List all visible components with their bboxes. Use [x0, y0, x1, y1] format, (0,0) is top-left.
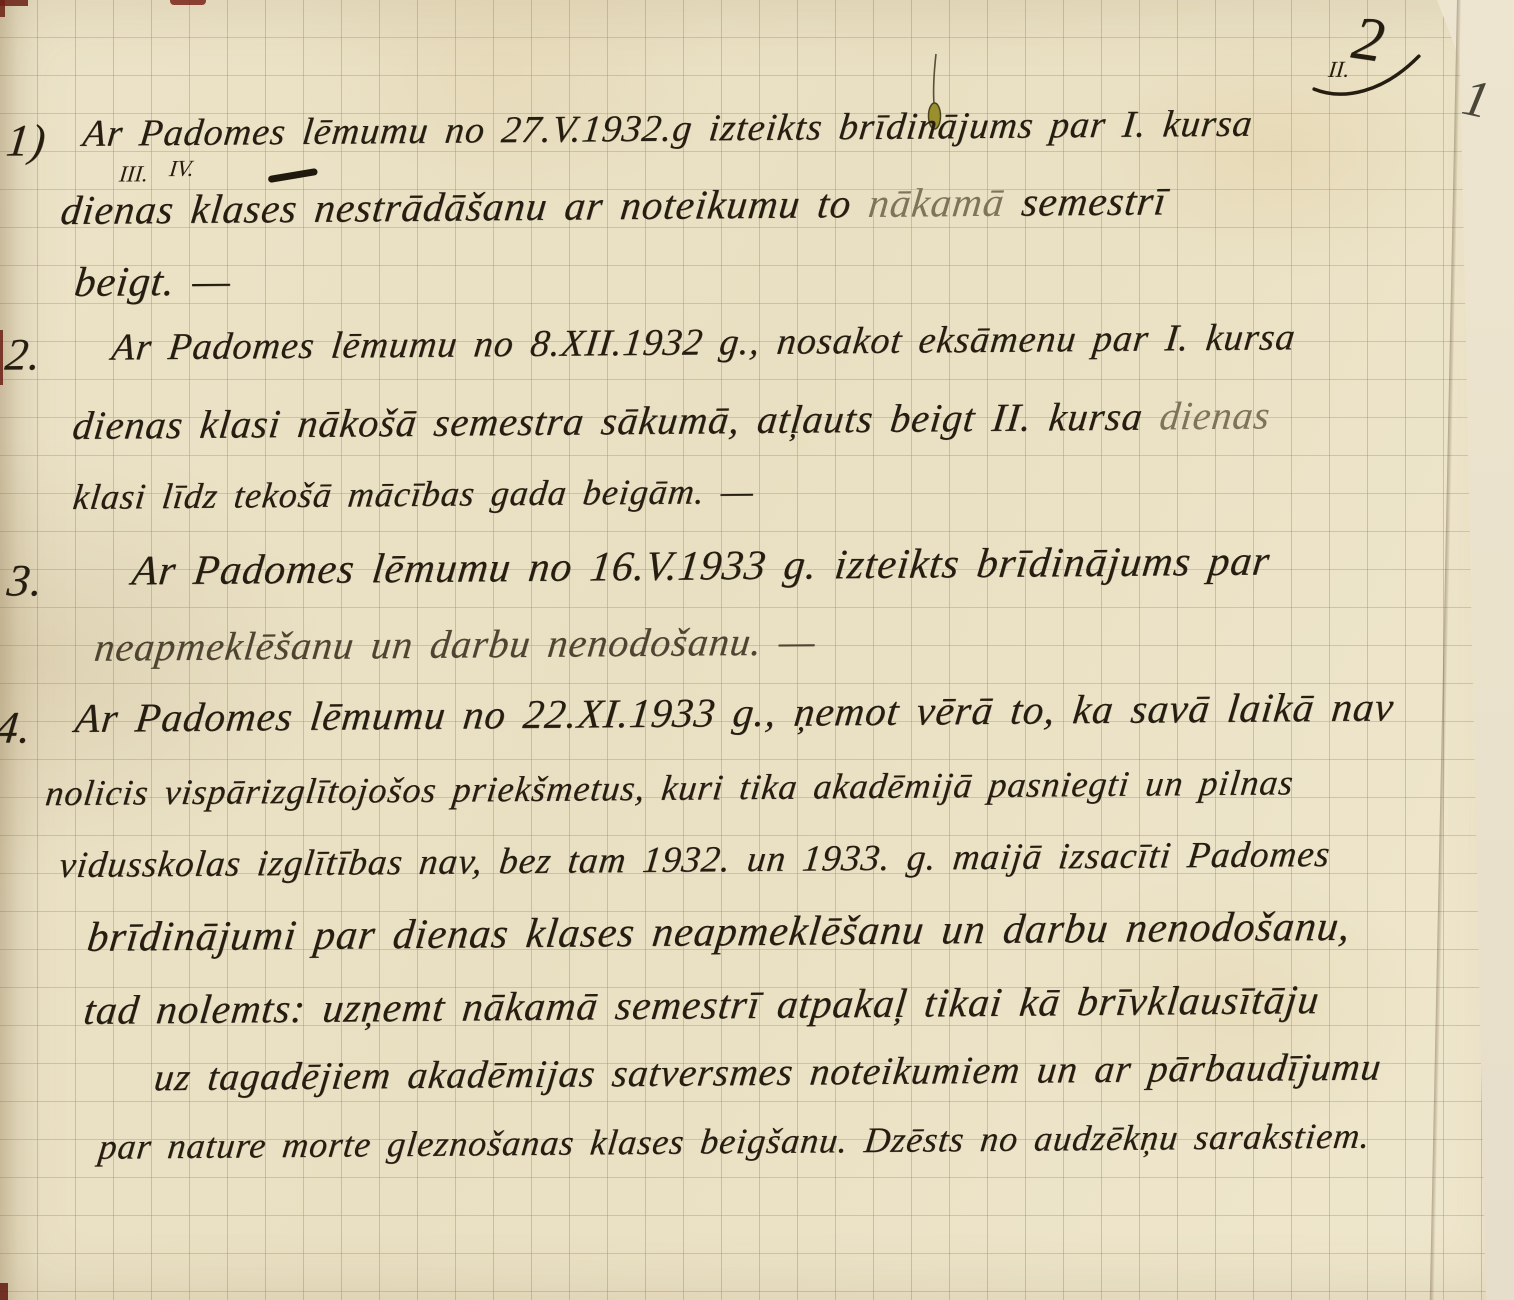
handwritten-line: dienas klasi nākošā semestra sākumā, atļ… — [70, 391, 1273, 448]
superscript-annotation: IV. — [168, 156, 195, 182]
handwritten-line: par nature morte gleznošanas klases beig… — [96, 1115, 1372, 1168]
item-marker: 1) — [4, 114, 49, 166]
handwritten-line: uz tagadējiem akadēmijas satversmes note… — [152, 1045, 1384, 1101]
superscript-annotation: II. — [1327, 57, 1351, 83]
superscript-annotation: III. — [118, 161, 150, 187]
item-marker: 3. — [5, 554, 47, 606]
line-segment-faded: dienas — [1157, 392, 1273, 438]
handwritten-line: nolicis vispārizglītojošos priekšmetus, … — [43, 761, 1296, 814]
handwritten-line: Ar Padomes lēmumu no 27.V.1932.g izteikt… — [81, 102, 1256, 156]
line-segment-faded: nākamā — [866, 179, 1007, 226]
handwritten-line: klasi līdz tekošā mācības gada beigām. — — [71, 470, 757, 518]
handwritten-line: Ar Padomes lēmumu no 8.XII.1932 g., nosa… — [110, 315, 1299, 369]
handwritten-line: Ar Padomes lēmumu no 22.XI.1933 g., ņemo… — [73, 682, 1397, 742]
handwritten-line: beigt. — — [72, 258, 234, 307]
handwritten-line: tad nolemts: uzņemt nākamā semestrī atpa… — [81, 975, 1322, 1034]
line-segment: semestrī — [1002, 177, 1169, 224]
item-marker: 4. — [0, 701, 35, 753]
line-segment: dienas klasi nākošā semestra sākumā, atļ… — [70, 393, 1162, 448]
emphasis-dash — [268, 168, 318, 183]
handwritten-line: dienas klases nestrādāšanu ar noteikumu … — [58, 176, 1169, 234]
handwritten-line: brīdinājumi par dienas klases neapmeklēš… — [85, 903, 1354, 962]
handwritten-line: neapmeklēšanu un darbu nenodošanu. — — [92, 617, 818, 670]
graph-paper-page: 2 1) Ar Padomes lēmumu no 27.V.1932.g iz… — [0, 0, 1514, 1300]
handwritten-line: Ar Padomes lēmumu no 16.V.1933 g. izteik… — [130, 537, 1273, 595]
handwriting-layer: 2 1) Ar Padomes lēmumu no 27.V.1932.g iz… — [0, 0, 1514, 1300]
item-marker: 2. — [3, 328, 45, 380]
line-segment: dienas klases nestrādāšanu ar noteikumu … — [58, 180, 871, 233]
manuscript-scan: 1 2 1) Ar Padomes lēmumu no 27.V.1932.g … — [0, 0, 1514, 1300]
handwritten-line: vidusskolas izglītības nav, bez tam 1932… — [57, 833, 1333, 887]
